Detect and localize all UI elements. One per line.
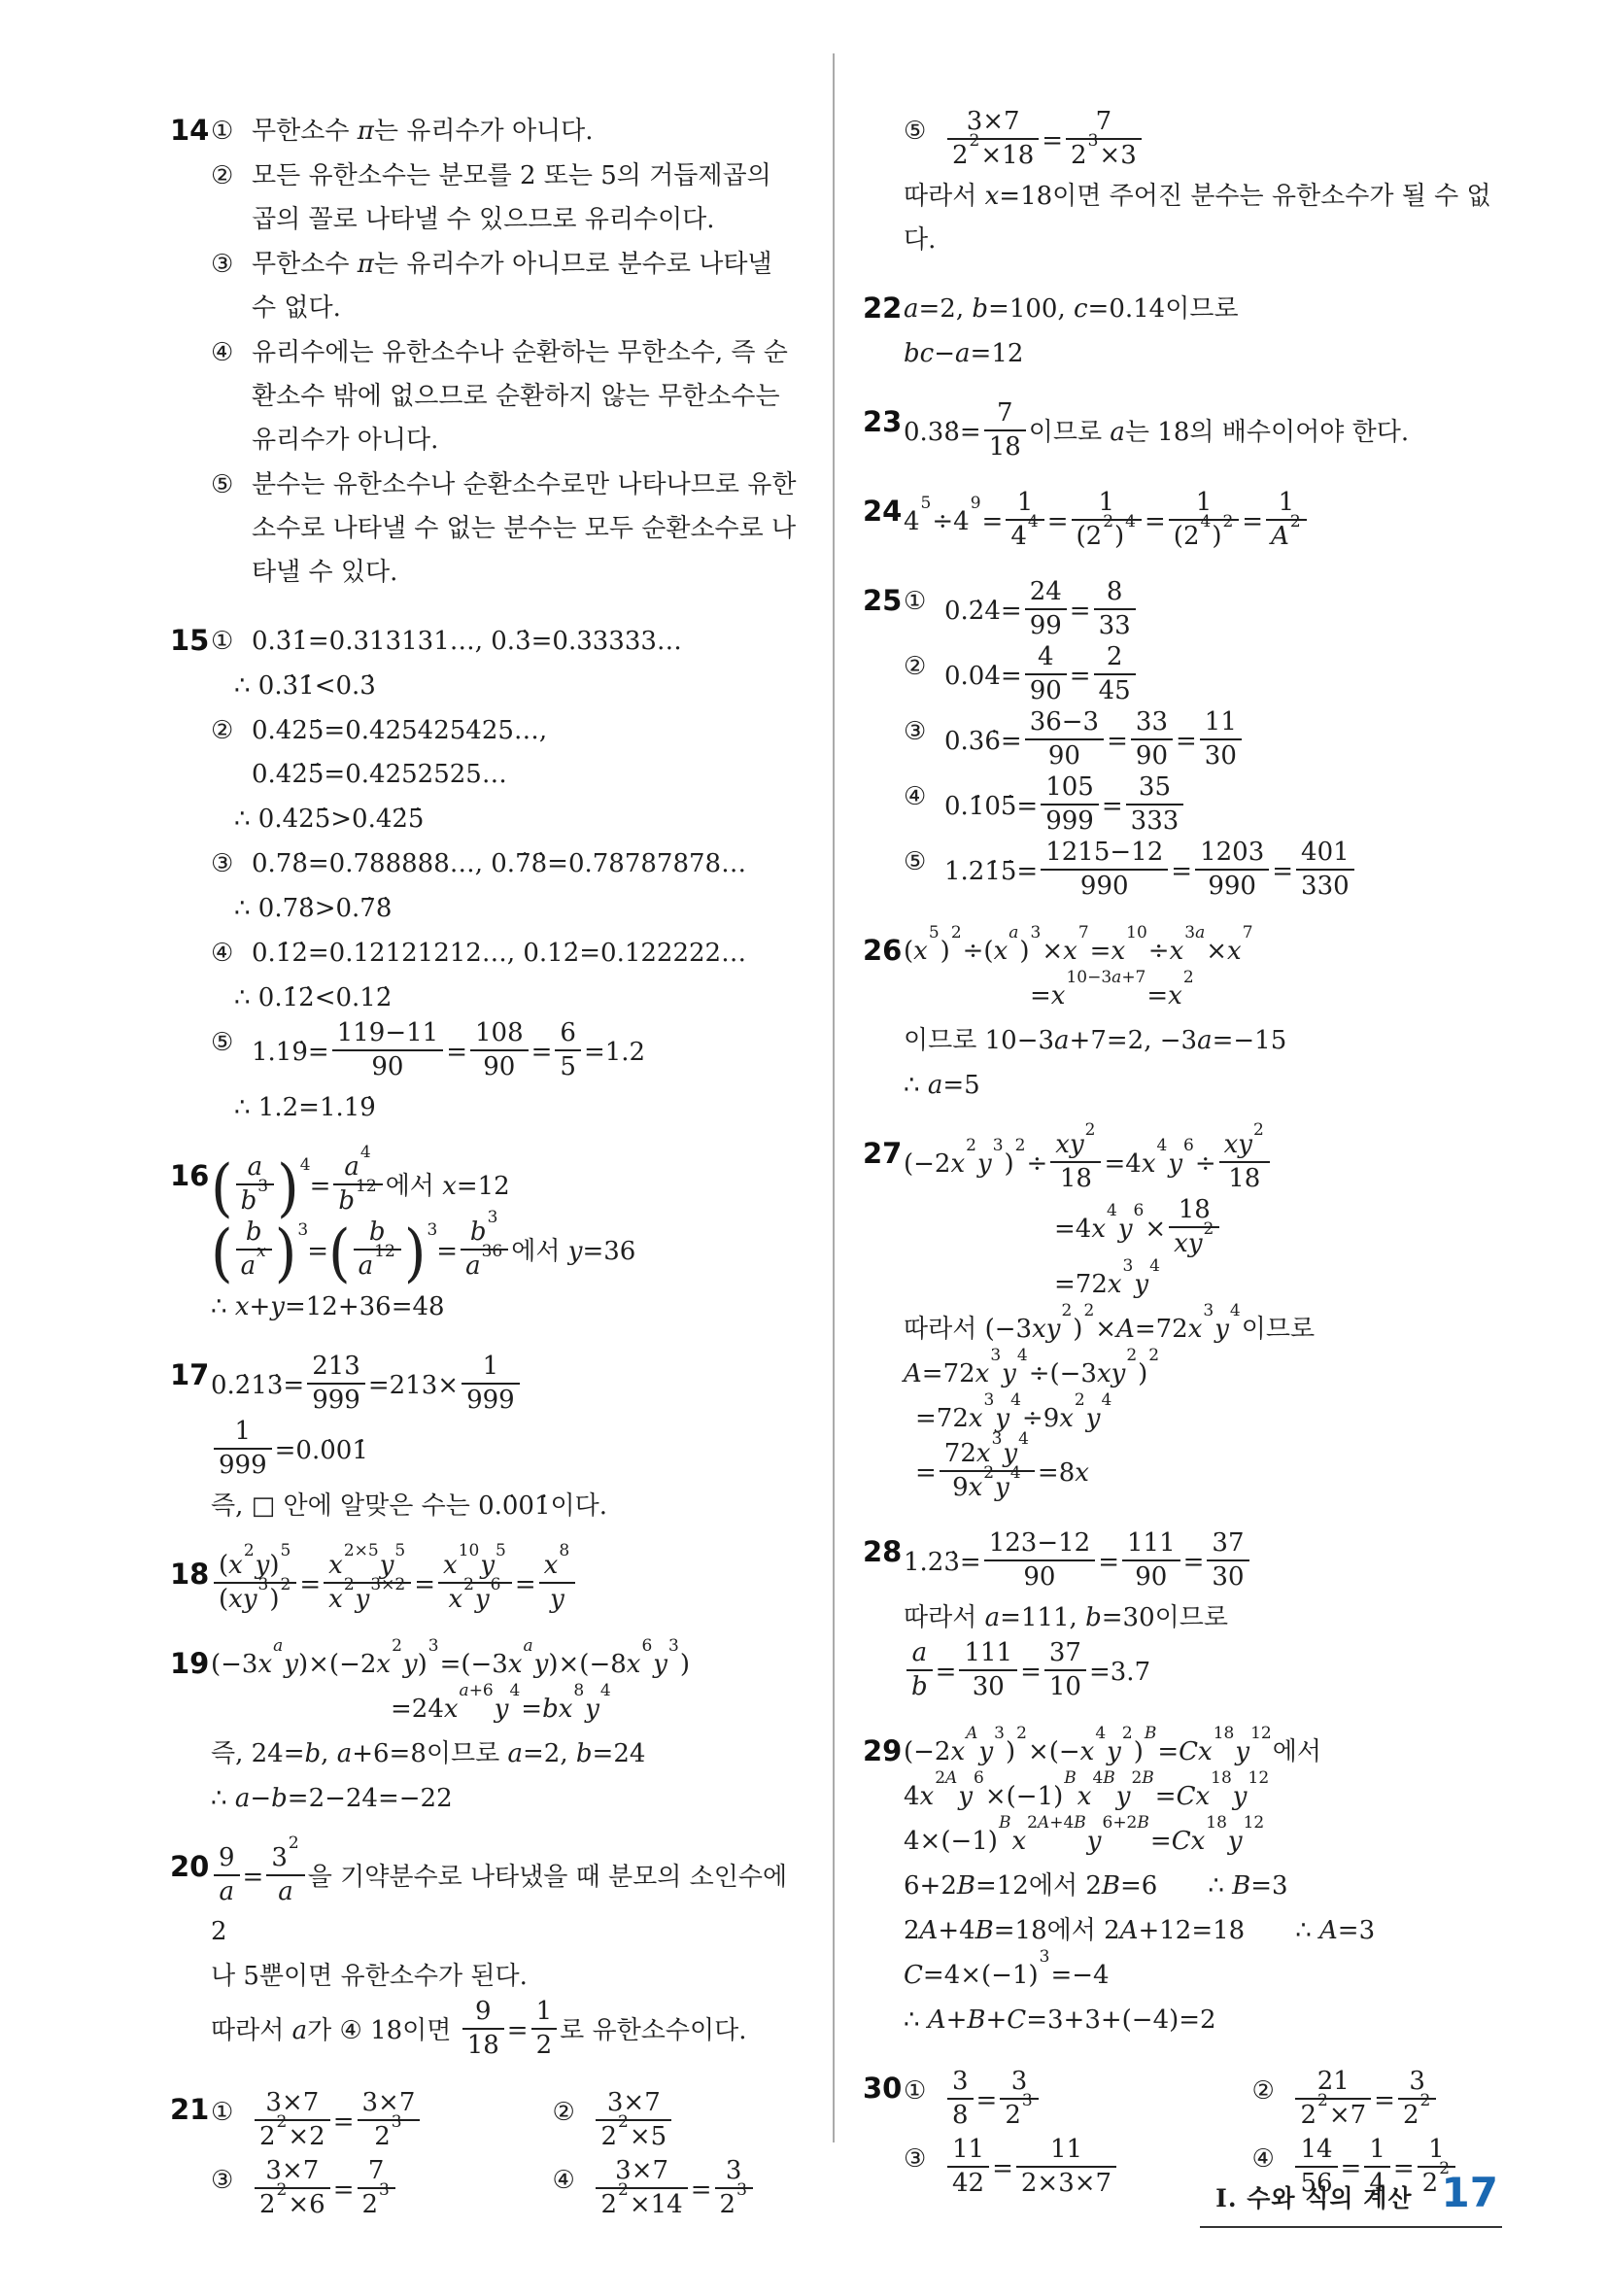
fraction-numerator: 33: [1131, 707, 1173, 738]
math-variable: b: [1085, 1603, 1102, 1632]
superscript: 6: [1182, 1136, 1195, 1155]
footer-page-number: 17: [1442, 2169, 1498, 2216]
fraction-numerator: x8: [539, 1551, 576, 1582]
fraction-denominator: 23: [715, 2187, 753, 2220]
problem-body: (x5)2÷(xa)3×x7=x10÷x3a×x7=x10−3a+7=x2이므로…: [904, 929, 1504, 1109]
superscript: 3: [992, 1136, 1005, 1155]
math-content: =24xa+6y4=bx8y4: [391, 1695, 612, 1724]
fraction-denominator: 30: [959, 1669, 1017, 1702]
math-variable: y: [403, 1650, 418, 1679]
superscript: 6: [490, 1575, 502, 1594]
problem: 22a=2, b=100, c=0.14이므로bc−a=12: [863, 287, 1504, 377]
problem-line: ④0.1̇2̇=0.12121212…, 0.12̇=0.122222…: [211, 932, 800, 976]
fraction: ab: [906, 1638, 933, 1702]
item-marker: ④: [211, 932, 252, 976]
math-variable: B: [967, 2005, 985, 2035]
superscript: 2: [343, 1575, 356, 1594]
problem-number: 16: [170, 1154, 211, 1330]
math-variable: y: [495, 1695, 509, 1724]
item-marker: ③: [211, 842, 252, 886]
math-content: 1.19̇=119−1190=10890=65=1.2: [252, 1021, 800, 1085]
math-variable: xy: [1174, 1229, 1202, 1258]
superscript: 2×5: [343, 1541, 380, 1560]
superscript: 10: [458, 1541, 481, 1560]
fraction: 32a: [266, 1843, 304, 1907]
fraction-numerator: 9: [462, 1997, 504, 2028]
fraction-denominator: 22×2: [255, 2119, 330, 2152]
paren-group: (ba12)3: [328, 1220, 436, 1285]
math-content: ∴ A+B+C=3+3+(−4)=2: [904, 2005, 1216, 2035]
math-content: 3×722×14=323: [593, 2159, 800, 2223]
problem-line: (x2y)5(xy3)2=x2×5y5x2y3×2=x10y5x2y6=x8y: [211, 1554, 800, 1618]
math-variable: a: [928, 1071, 943, 1100]
math-variable: a: [524, 1636, 533, 1656]
math-content: 무한소수 π는 유리수가 아니다.: [252, 110, 800, 154]
fraction-numerator: 6: [555, 1018, 581, 1049]
fraction: 11190: [1122, 1528, 1180, 1593]
problem-number: 29: [863, 1730, 904, 2043]
fraction-denominator: 999: [307, 1383, 365, 1416]
math-content: 0.3̇1̇=0.313131…, 0.3̇=0.33333…: [252, 620, 800, 664]
superscript: 2A: [934, 1768, 958, 1788]
math-variable: y: [1235, 1737, 1249, 1766]
fraction-denominator: 5: [555, 1049, 581, 1082]
math-variable: b: [911, 1672, 928, 1701]
fraction-denominator: A2: [1266, 519, 1307, 552]
fraction-numerator: 3×7: [255, 2088, 330, 2119]
paren-group: (ab3)4: [211, 1155, 310, 1219]
math-variable: y: [1233, 1782, 1248, 1811]
fraction-numerator: xy2: [1050, 1130, 1101, 1161]
fraction-numerator: 11: [947, 2135, 989, 2166]
math-content: ∴ a=5: [904, 1071, 980, 1100]
problem-number: 22: [863, 287, 904, 377]
item-marker: ③: [904, 2138, 944, 2202]
problem-line: ⑤1.21̇5̇=1215−12990=1203990=401330: [904, 840, 1504, 905]
item-marker: ①: [211, 110, 252, 154]
superscript: 6: [973, 1768, 985, 1788]
math-content: 0.78̇=0.788888…, 0.7̇8̇=0.78787878…: [252, 842, 800, 886]
math-content: 따라서 (−3xy2)2×A=72x3y4이므로: [904, 1315, 1315, 1344]
fraction-denominator: 22: [1398, 2098, 1436, 2131]
problem-line: ③무한소수 π는 유리수가 아니므로 분수로 나타낼 수 없다.: [211, 243, 800, 330]
problem-line: 즉, 24=b, a+6=8이므로 a=2, b=24: [211, 1732, 800, 1776]
math-variable: a: [985, 1603, 1001, 1632]
item-marker: ⑤: [211, 463, 252, 595]
option-cell: ④3×722×14=323: [552, 2159, 800, 2223]
superscript: 4B: [1091, 1768, 1115, 1788]
problem-line: 따라서 x=18이면 주어진 분수는 유한소수가 될 수 없다.: [904, 175, 1504, 262]
close-paren: ): [277, 1166, 299, 1210]
problem-line: =4x4y6×18xy2: [904, 1198, 1504, 1262]
math-variable: a: [1195, 923, 1205, 942]
superscript: 4: [1199, 512, 1212, 531]
fraction: 723×3: [1066, 107, 1142, 171]
superscript: 4: [1148, 1256, 1161, 1276]
fraction-denominator: 90: [984, 1559, 1096, 1593]
fraction-numerator: 2: [1094, 642, 1136, 673]
fraction-numerator: 3×7: [947, 107, 1039, 138]
fraction-denominator: 18: [1219, 1161, 1270, 1194]
fraction-denominator: 23: [1000, 2098, 1038, 2131]
superscript: 4: [1124, 512, 1137, 531]
fraction-numerator: 105: [1041, 772, 1099, 804]
item-marker: ⑤: [904, 840, 944, 905]
math-content: 무한소수 π는 유리수가 아니므로 분수로 나타낼 수 없다.: [252, 243, 800, 330]
math-content: (−2xAy3)2×(−x4y2)B=Cx18y12에서: [904, 1737, 1321, 1766]
math-content: 이므로 10−3a+7=2, −3a=−15: [904, 1026, 1286, 1055]
superscript: 2: [969, 131, 981, 151]
problem: ⑤3×722×18=723×3따라서 x=18이면 주어진 분수는 유한소수가 …: [863, 109, 1504, 263]
problem: 26(x5)2÷(xa)3×x7=x10÷x3a×x7=x10−3a+7=x2이…: [863, 929, 1504, 1109]
math-variable: y: [977, 1149, 992, 1179]
fraction-numerator: 111: [1122, 1528, 1180, 1559]
superscript: 18: [1205, 1813, 1228, 1833]
option-cell: ②2122×7=322: [1251, 2070, 1504, 2134]
fraction-denominator: 22×18: [947, 138, 1039, 171]
fraction-denominator: 8: [947, 2098, 974, 2131]
math-variable: a: [235, 1784, 251, 1813]
fraction: 3×722×6: [255, 2156, 330, 2220]
problem-line: =x10−3a+7=x2: [904, 975, 1504, 1018]
math-content: 2122×7=322: [1292, 2070, 1504, 2134]
math-variable: xy: [1224, 1130, 1252, 1159]
math-variable: x: [1188, 1315, 1203, 1344]
fraction-denominator: 2: [531, 2028, 558, 2061]
problem-body: a=2, b=100, c=0.14이므로bc−a=12: [904, 287, 1504, 377]
superscript: B: [1063, 1768, 1077, 1788]
fraction-denominator: 990: [1195, 869, 1269, 902]
fraction: 35333: [1126, 772, 1184, 837]
problem-line: ①0.3̇1̇=0.313131…, 0.3̇=0.33333…: [211, 620, 800, 664]
fraction: 833: [1094, 577, 1136, 641]
fraction-numerator: 11: [1016, 2135, 1116, 2166]
fraction-numerator: 119−11: [332, 1018, 444, 1049]
math-content: (ab3)4=a4b12에서 x=12: [211, 1172, 510, 1201]
right-column: ⑤3×722×18=723×3따라서 x=18이면 주어진 분수는 유한소수가 …: [863, 109, 1504, 2228]
superscript: 2: [243, 1541, 256, 1560]
problem-number: 15: [170, 619, 211, 1131]
math-content: 0.2̇4̇=2499=833: [944, 580, 1504, 644]
fraction: 18xy2: [1169, 1195, 1219, 1259]
math-variable: xy: [1032, 1315, 1060, 1344]
problem: 18(x2y)5(xy3)2=x2×5y5x2y3×2=x10y5x2y6=x8…: [170, 1553, 800, 1619]
item-marker: ⑤: [211, 1021, 252, 1085]
math-variable: x: [235, 1292, 250, 1321]
problem-number: 19: [170, 1642, 211, 1822]
problem-line: 즉, □ 안에 알맞은 수는 0.0̇01̇이다.: [211, 1485, 800, 1528]
problem-number: 27: [863, 1132, 904, 1507]
fraction: 3×723: [358, 2088, 421, 2152]
math-content: =72x3y4÷9x2y4: [915, 1404, 1112, 1433]
fraction-numerator: 24: [1025, 577, 1067, 608]
superscript: 3: [991, 1429, 1004, 1449]
math-variable: x: [913, 937, 928, 966]
math-content: ∴ a−b=2−24=−22: [211, 1784, 453, 1813]
math-variable: y: [534, 1650, 549, 1679]
math-variable: y: [568, 1237, 583, 1266]
superscript: 6: [1133, 1201, 1145, 1220]
math-variable: a: [955, 339, 971, 368]
problem-body: 1.23̇=123−1290=11190=3730따라서 a=111, b=30…: [904, 1530, 1504, 1706]
superscript: 2: [982, 1463, 995, 1483]
fraction-numerator: 401: [1296, 838, 1354, 869]
superscript: 5: [393, 1541, 406, 1560]
problem-body: ①0.3̇1̇=0.313131…, 0.3̇=0.33333…∴ 0.3̇1̇…: [211, 619, 800, 1131]
problem-number: 25: [863, 579, 904, 906]
superscript: 2: [276, 2180, 289, 2200]
math-variable: y: [1107, 1737, 1121, 1766]
math-variable: y: [270, 1292, 285, 1321]
math-variable: x: [1075, 1458, 1089, 1488]
fraction-numerator: 1: [462, 1352, 520, 1383]
math-variable: x: [920, 1782, 935, 1811]
superscript: a: [523, 1636, 534, 1656]
superscript: 3: [667, 1636, 680, 1656]
fraction-denominator: x2y3×2: [324, 1582, 411, 1615]
fraction-denominator: 90: [1025, 673, 1067, 706]
column-divider: [833, 53, 835, 2142]
fraction: 323: [1000, 2067, 1038, 2131]
superscript: A: [965, 1724, 978, 1743]
math-variable: a: [292, 2016, 308, 2045]
fraction: 322: [1398, 2067, 1436, 2131]
math-variable: x: [1170, 937, 1184, 966]
math-variable: y: [550, 1585, 564, 1614]
superscript: 6+2B: [1102, 1813, 1150, 1833]
problem-line: 이므로 10−3a+7=2, −3a=−15: [904, 1019, 1504, 1063]
math-variable: y: [995, 1473, 1009, 1502]
fraction: 10890: [470, 1018, 529, 1082]
math-content: 3×722×6=723: [252, 2159, 552, 2223]
math-content: 따라서 a=111, b=30이므로: [904, 1603, 1228, 1632]
fraction-denominator: 999: [1041, 804, 1099, 837]
superscript: 3: [735, 2180, 748, 2200]
math-variable: x: [994, 937, 1009, 966]
math-variable: B: [999, 1813, 1011, 1833]
math-content: 따라서 x=18이면 주어진 분수는 유한소수가 될 수 없다.: [904, 182, 1491, 255]
fraction-numerator: 14: [1295, 2135, 1337, 2166]
superscript: 2: [1221, 512, 1234, 531]
math-variable: B: [975, 1916, 994, 1945]
problem-line: 1.23̇=123−1290=11190=3730: [904, 1531, 1504, 1595]
fraction: 3×722×5: [596, 2088, 671, 2152]
problem-body: (−2xAy3)2×(−x4y2)B=Cx18y12에서4x2Ay6×(−1)B…: [904, 1730, 1504, 2043]
math-variable: a: [241, 1251, 256, 1281]
fraction-denominator: 10: [1044, 1669, 1086, 1702]
math-content: 9a=32a을 기약분수로 나타냈을 때 분모의 소인수에 2: [211, 1863, 787, 1946]
math-content: C=4×(−1)3=−4: [904, 1961, 1110, 1990]
problem-body: ①무한소수 π는 유리수가 아니다.②모든 유한소수는 분모를 2 또는 5의 …: [211, 109, 800, 596]
math-variable: x: [1111, 937, 1125, 966]
superscript: 3: [1202, 1301, 1214, 1320]
math-variable: x: [950, 1149, 965, 1179]
math-variable: x: [1063, 937, 1077, 966]
math-variable: x: [444, 1695, 459, 1724]
problem-line: ④0.1̇05̇=105999=35333: [904, 775, 1504, 840]
problem-line: ④유리수에는 유한소수나 순환하는 무한소수, 즉 순환소수 밖에 없으므로 순…: [211, 331, 800, 463]
problem-line: bc−a=12: [904, 332, 1504, 376]
fraction-numerator: 1203: [1195, 838, 1269, 869]
problem-line: =72x3y49x2y4=8x: [904, 1442, 1504, 1506]
problem-line: ⑤1.19̇=119−1190=10890=65=1.2: [211, 1021, 800, 1085]
math-variable: y: [1002, 1359, 1016, 1388]
problem-line: (−2x2y3)2÷xy218=4x4y6÷xy218: [904, 1133, 1504, 1197]
fraction: 72x3y49x2y4: [940, 1439, 1035, 1503]
paren-content: ba12: [351, 1220, 404, 1285]
superscript: 4: [1027, 512, 1040, 531]
fraction-denominator: 42: [947, 2166, 989, 2199]
math-content: 4x2Ay6×(−1)Bx4By2B=Cx18y12: [904, 1782, 1270, 1811]
math-content: 유리수에는 유한소수나 순환하는 무한소수, 즉 순환소수 밖에 없으므로 순환…: [252, 331, 800, 463]
superscript: 2: [1289, 512, 1302, 531]
problem: 230.38̇=718이므로 a는 18의 배수이어야 한다.: [863, 400, 1504, 466]
superscript: 4: [599, 1681, 612, 1700]
problem-line: ∴ A+B+C=3+3+(−4)=2: [904, 1999, 1504, 2042]
item-marker: ⑤: [904, 110, 944, 174]
math-variable: A: [1319, 1916, 1338, 1945]
math-variable: π: [358, 250, 374, 279]
fraction-denominator: a: [214, 1874, 240, 1907]
close-paren: ): [275, 1231, 297, 1275]
math-variable: x: [442, 1172, 457, 1201]
fraction: 918: [462, 1997, 504, 2061]
fraction: 12: [531, 1997, 558, 2061]
math-variable: B: [1142, 1768, 1154, 1788]
fraction-denominator: 23: [358, 2187, 395, 2220]
fraction: 105999: [1041, 772, 1099, 837]
math-content: A=72x3y4÷(−3xy2)2: [904, 1359, 1160, 1388]
fraction-denominator: 44: [1006, 519, 1043, 552]
math-variable: C: [1007, 2005, 1026, 2035]
superscript: 10−3a+7: [1065, 968, 1146, 987]
fraction-denominator: 999: [462, 1383, 520, 1416]
problem-line: 2A+4B=18에서 2A+12=18 ∴ A=3: [904, 1909, 1504, 1953]
problem-number: 26: [863, 929, 904, 1109]
item-marker: ②: [552, 2091, 593, 2155]
fraction-denominator: a: [266, 1874, 304, 1907]
problem-number: 14: [170, 109, 211, 596]
math-variable: a: [337, 1739, 353, 1768]
fraction: 1A2: [1266, 488, 1307, 552]
fraction-numerator: 3×7: [255, 2156, 330, 2187]
superscript: 2: [617, 2180, 630, 2200]
math-variable: y: [1214, 1315, 1229, 1344]
math-content: 나 5뿐이면 유한소수가 된다.: [211, 1962, 528, 1991]
fraction-denominator: 90: [1025, 738, 1104, 771]
fraction-denominator: 18: [984, 429, 1026, 463]
problem-body: ①3×722×2=3×723②3×722×5③3×722×6=723④3×722…: [211, 2088, 800, 2226]
open-paren: (: [211, 1231, 233, 1275]
math-content: bc−a=12: [904, 339, 1023, 368]
math-content: (x5)2÷(xa)3×x7=x10÷x3a×x7: [904, 937, 1254, 966]
superscript: 3: [1030, 923, 1043, 942]
open-paren: (: [211, 1166, 233, 1210]
fraction-denominator: 23×3: [1066, 138, 1142, 171]
math-variable: π: [358, 117, 374, 146]
problem-line: ①무한소수 π는 유리수가 아니다.: [211, 110, 800, 154]
math-content: =x10−3a+7=x2: [1030, 981, 1195, 1011]
fraction-denominator: 990: [1041, 869, 1168, 902]
math-content: (−3xay)×(−2x2y)3=(−3xay)×(−8x6y3): [211, 1650, 690, 1679]
math-variable: B: [1145, 1724, 1157, 1743]
fraction: 123−1290: [984, 1528, 1096, 1593]
superscript: 2: [965, 1136, 977, 1155]
superscript: 18: [1210, 1768, 1233, 1788]
superscript: 3a: [1183, 923, 1206, 942]
fraction-numerator: 123−12: [984, 1528, 1096, 1559]
math-variable: x: [1142, 1149, 1156, 1179]
math-variable: a: [912, 1638, 928, 1667]
math-variable: y: [958, 1782, 973, 1811]
superscript: 4: [1016, 1346, 1029, 1365]
math-content: 즉, 24=b, a+6=8이므로 a=2, b=24: [211, 1739, 645, 1768]
math-variable: b: [305, 1739, 322, 1768]
fraction-denominator: b3: [236, 1183, 274, 1217]
problem-line: ∴ 0.1̇2̇<0.12̇: [211, 977, 800, 1020]
fraction-denominator: 2×3×7: [1016, 2166, 1116, 2199]
math-content: 3×722×2=3×723: [252, 2091, 552, 2155]
math-content: ∴ 0.3̇1̇<0.3̇: [234, 671, 376, 701]
math-content: 0.38̇=718이므로 a는 18의 배수이어야 한다.: [904, 418, 1409, 447]
math-variable: x: [1051, 981, 1066, 1011]
math-variable: x: [1077, 1782, 1092, 1811]
math-variable: B: [1102, 1871, 1120, 1901]
math-variable: x: [328, 1551, 343, 1580]
math-variable: a: [1054, 1026, 1070, 1055]
math-variable: c: [1074, 294, 1088, 324]
item-marker: ①: [904, 2070, 944, 2134]
math-variable: x: [257, 1650, 272, 1679]
math-variable: y: [1116, 1782, 1131, 1811]
fraction-denominator: a12: [354, 1249, 401, 1282]
math-variable: y: [653, 1650, 667, 1679]
problem-line: 9a=32a을 기약분수로 나타냈을 때 분모의 소인수에 2: [211, 1846, 800, 1954]
fraction-numerator: 32: [266, 1843, 304, 1874]
math-variable: y: [1228, 1827, 1243, 1856]
fraction: 3×722×14: [596, 2156, 687, 2220]
fraction-numerator: 35: [1126, 772, 1184, 804]
superscript: 3: [391, 2112, 403, 2132]
superscript: 3: [487, 1208, 499, 1227]
superscript: 2: [617, 2112, 630, 2132]
problem-line: 0.38̇=718이므로 a는 18의 배수이어야 한다.: [904, 401, 1504, 465]
problem-line: 4x2Ay6×(−1)Bx4By2B=Cx18y12: [904, 1775, 1504, 1819]
superscript: 4: [1106, 1201, 1118, 1220]
fraction-denominator: x2y6: [438, 1582, 512, 1615]
math-variable: Cx: [1177, 1782, 1211, 1811]
math-variable: A: [966, 1724, 977, 1743]
math-content: 4×(−1)Bx2A+4By6+2B=Cx18y12: [904, 1827, 1265, 1856]
superscript: 5: [495, 1541, 507, 1560]
fraction: 1142: [947, 2135, 989, 2199]
math-content: (bax)3=(ba12)3=b3a36에서 y=36: [211, 1237, 635, 1266]
close-paren: ): [404, 1231, 427, 1275]
math-variable: x: [969, 1404, 983, 1433]
superscript: 9: [970, 494, 982, 513]
fraction: 213999: [307, 1352, 365, 1416]
fraction-numerator: 3×7: [358, 2088, 421, 2119]
fraction-numerator: 1: [214, 1417, 272, 1448]
fraction: 245: [1094, 642, 1136, 706]
fraction: 1203990: [1195, 838, 1269, 902]
math-variable: x: [1168, 981, 1182, 1011]
math-variable: A: [920, 1916, 939, 1945]
fraction: 1130: [1200, 707, 1242, 771]
superscript: 2A+4B: [1026, 1813, 1087, 1833]
math-variable: a: [508, 1739, 524, 1768]
problem: 14①무한소수 π는 유리수가 아니다.②모든 유한소수는 분모를 2 또는 5…: [170, 109, 800, 596]
